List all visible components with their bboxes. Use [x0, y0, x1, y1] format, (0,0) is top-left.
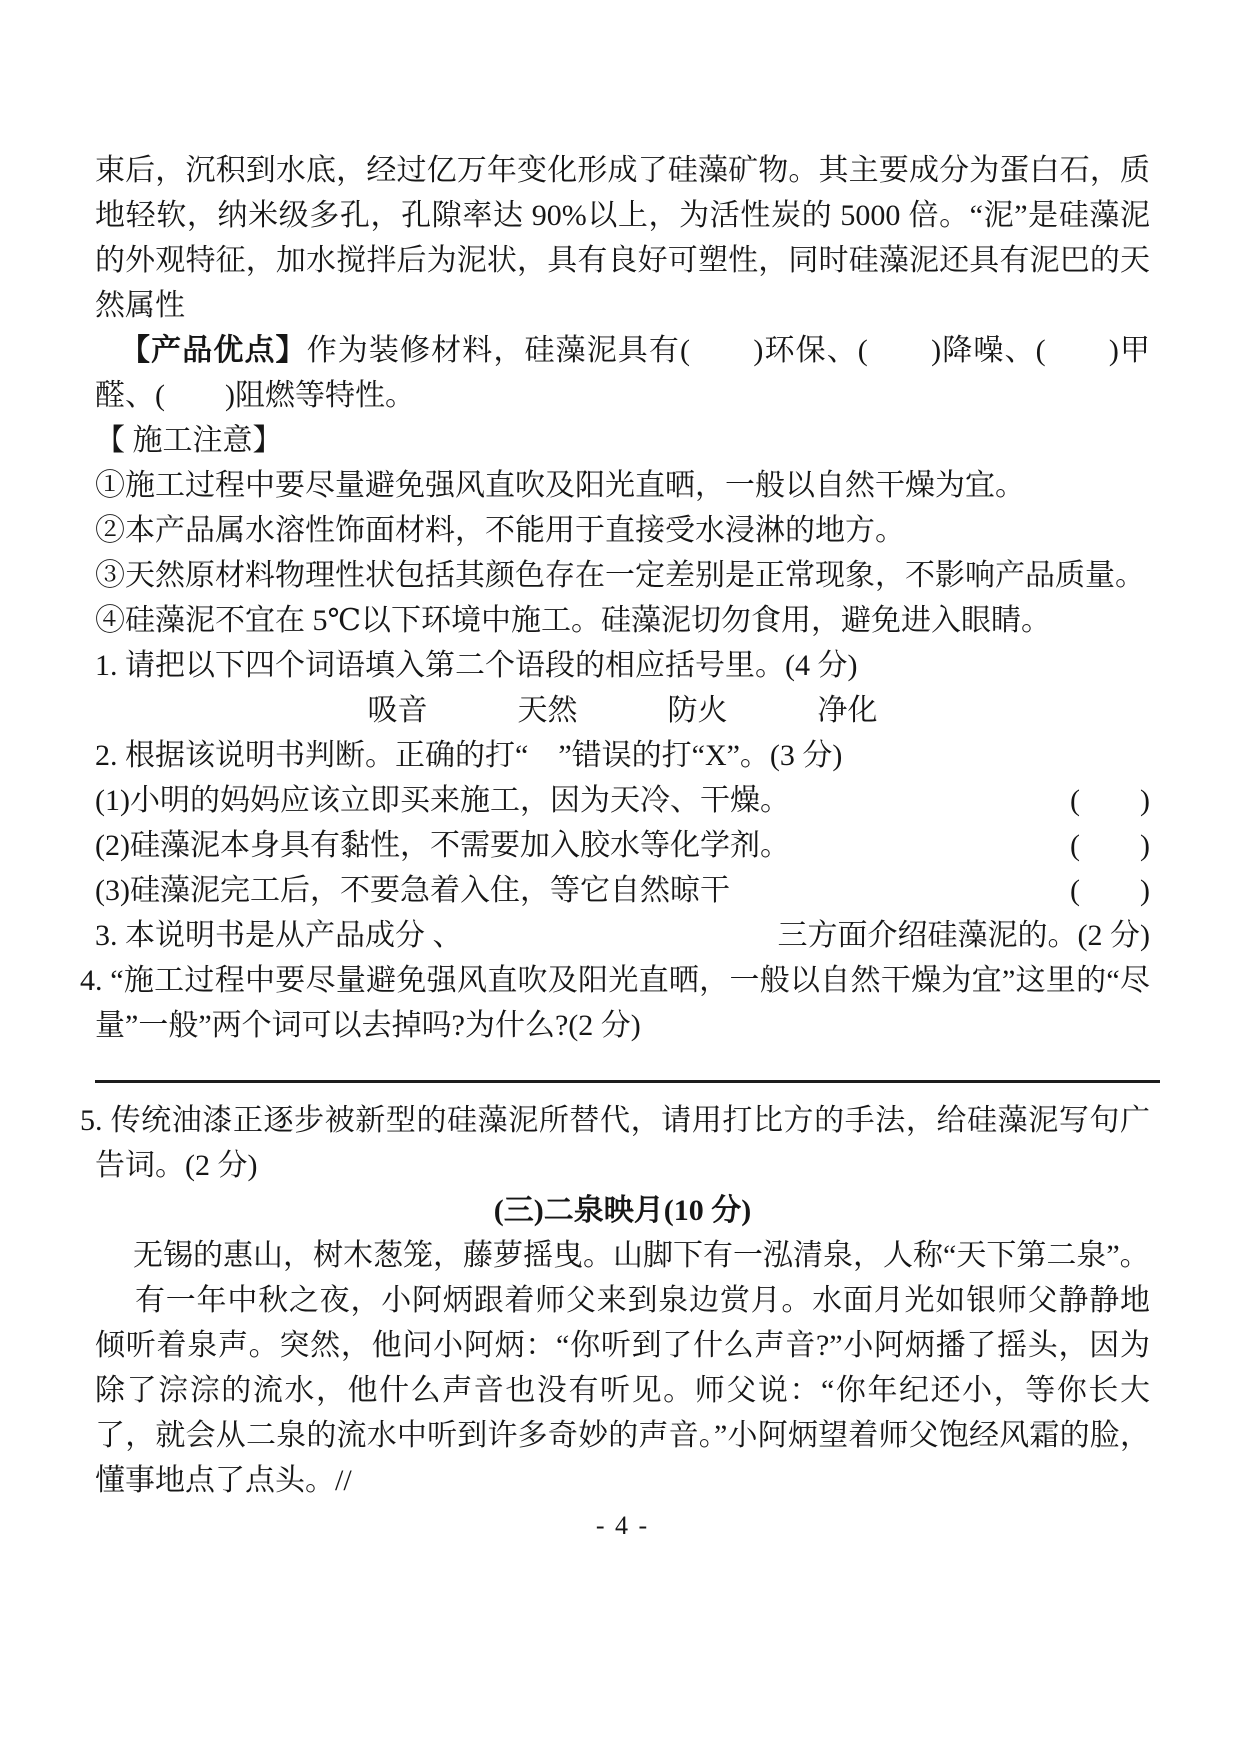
notice-item-1: ①施工过程中要尽量避免强风直吹及阳光直晒，一般以自然干燥为宜。: [95, 463, 1150, 508]
notice-item-2: ②本产品属水溶性饰面材料，不能用于直接受水浸淋的地方。: [95, 508, 1150, 553]
question-4: 4. “施工过程中要尽量避免强风直吹及阳光直晒，一般以自然干燥为宜”这里的“尽量…: [95, 958, 1150, 1048]
page-number: - 4 -: [95, 1503, 1150, 1548]
construction-notice-list: ①施工过程中要尽量避免强风直吹及阳光直晒，一般以自然干燥为宜。 ②本产品属水溶性…: [95, 463, 1150, 643]
judge-item-2: (2)硅藻泥本身具有黏性，不需要加入胶水等化学剂。 ( ): [95, 823, 1150, 868]
construction-notice-heading: 【 施工注意】: [95, 418, 1150, 463]
judge-item-1: (1)小明的妈妈应该立即买来施工，因为天冷、干燥。 ( ): [95, 778, 1150, 823]
question-3-right-text: 三方面介绍硅藻泥的。(2 分): [778, 913, 1150, 958]
question-5: 5. 传统油漆正逐步被新型的硅藻泥所替代，请用打比方的手法，给硅藻泥写句广告词。…: [95, 1098, 1150, 1188]
question-3-answer-blank: [463, 913, 778, 958]
reading-section-title: (三)二泉映月(10 分): [95, 1188, 1150, 1233]
judge-item-1-text: (1)小明的妈妈应该立即买来施工，因为天冷、干燥。: [95, 778, 790, 823]
judge-item-2-answer-brackets: ( ): [1070, 823, 1150, 868]
word-bank: 吸音 天然 防火 净化: [95, 688, 1150, 733]
product-advantages-paragraph: 【产品优点】作为装修材料，硅藻泥具有( )环保、( )降噪、( )甲醛、( )阻…: [95, 328, 1150, 418]
notice-item-3: ③天然原材料物理性状包括其颜色存在一定差别是正常现象，不影响产品质量。: [95, 553, 1150, 598]
reading-paragraph-2: 有一年中秋之夜，小阿炳跟着师父来到泉边赏月。水面月光如银师父静静地倾听着泉声。突…: [95, 1278, 1150, 1503]
judge-item-3: (3)硅藻泥完工后，不要急着入住，等它自然晾干 ( ): [95, 868, 1150, 913]
judge-item-3-answer-brackets: ( ): [1070, 868, 1150, 913]
reading-paragraph-1: 无锡的惠山，树木葱笼，藤萝摇曳。山脚下有一泓清泉，人称“天下第二泉”。: [95, 1233, 1150, 1278]
answer-divider-line: [95, 1080, 1160, 1083]
exam-page: 束后，沉积到水底，经过亿万年变化形成了硅藻矿物。其主要成分为蛋白石，质地轻软，纳…: [0, 0, 1240, 1754]
question-2: 2. 根据该说明书判断。正确的打“ ”错误的打“X”。(3 分): [95, 733, 1150, 778]
judge-item-2-text: (2)硅藻泥本身具有黏性，不需要加入胶水等化学剂。: [95, 823, 790, 868]
notice-item-4: ④硅藻泥不宜在 5℃以下环境中施工。硅藻泥切勿食用，避免进入眼睛。: [95, 598, 1150, 643]
judge-item-1-answer-brackets: ( ): [1070, 778, 1150, 823]
product-advantages-label: 【产品优点】: [120, 334, 307, 367]
question-1: 1. 请把以下四个词语填入第二个语段的相应括号里。(4 分): [95, 643, 1150, 688]
question-3-left-text: 3. 本说明书是从产品成分 、: [95, 913, 463, 958]
continuation-paragraph: 束后，沉积到水底，经过亿万年变化形成了硅藻矿物。其主要成分为蛋白石，质地轻软，纳…: [95, 148, 1150, 328]
judge-item-3-text: (3)硅藻泥完工后，不要急着入住，等它自然晾干: [95, 868, 730, 913]
question-3: 3. 本说明书是从产品成分 、 三方面介绍硅藻泥的。(2 分): [95, 913, 1150, 958]
